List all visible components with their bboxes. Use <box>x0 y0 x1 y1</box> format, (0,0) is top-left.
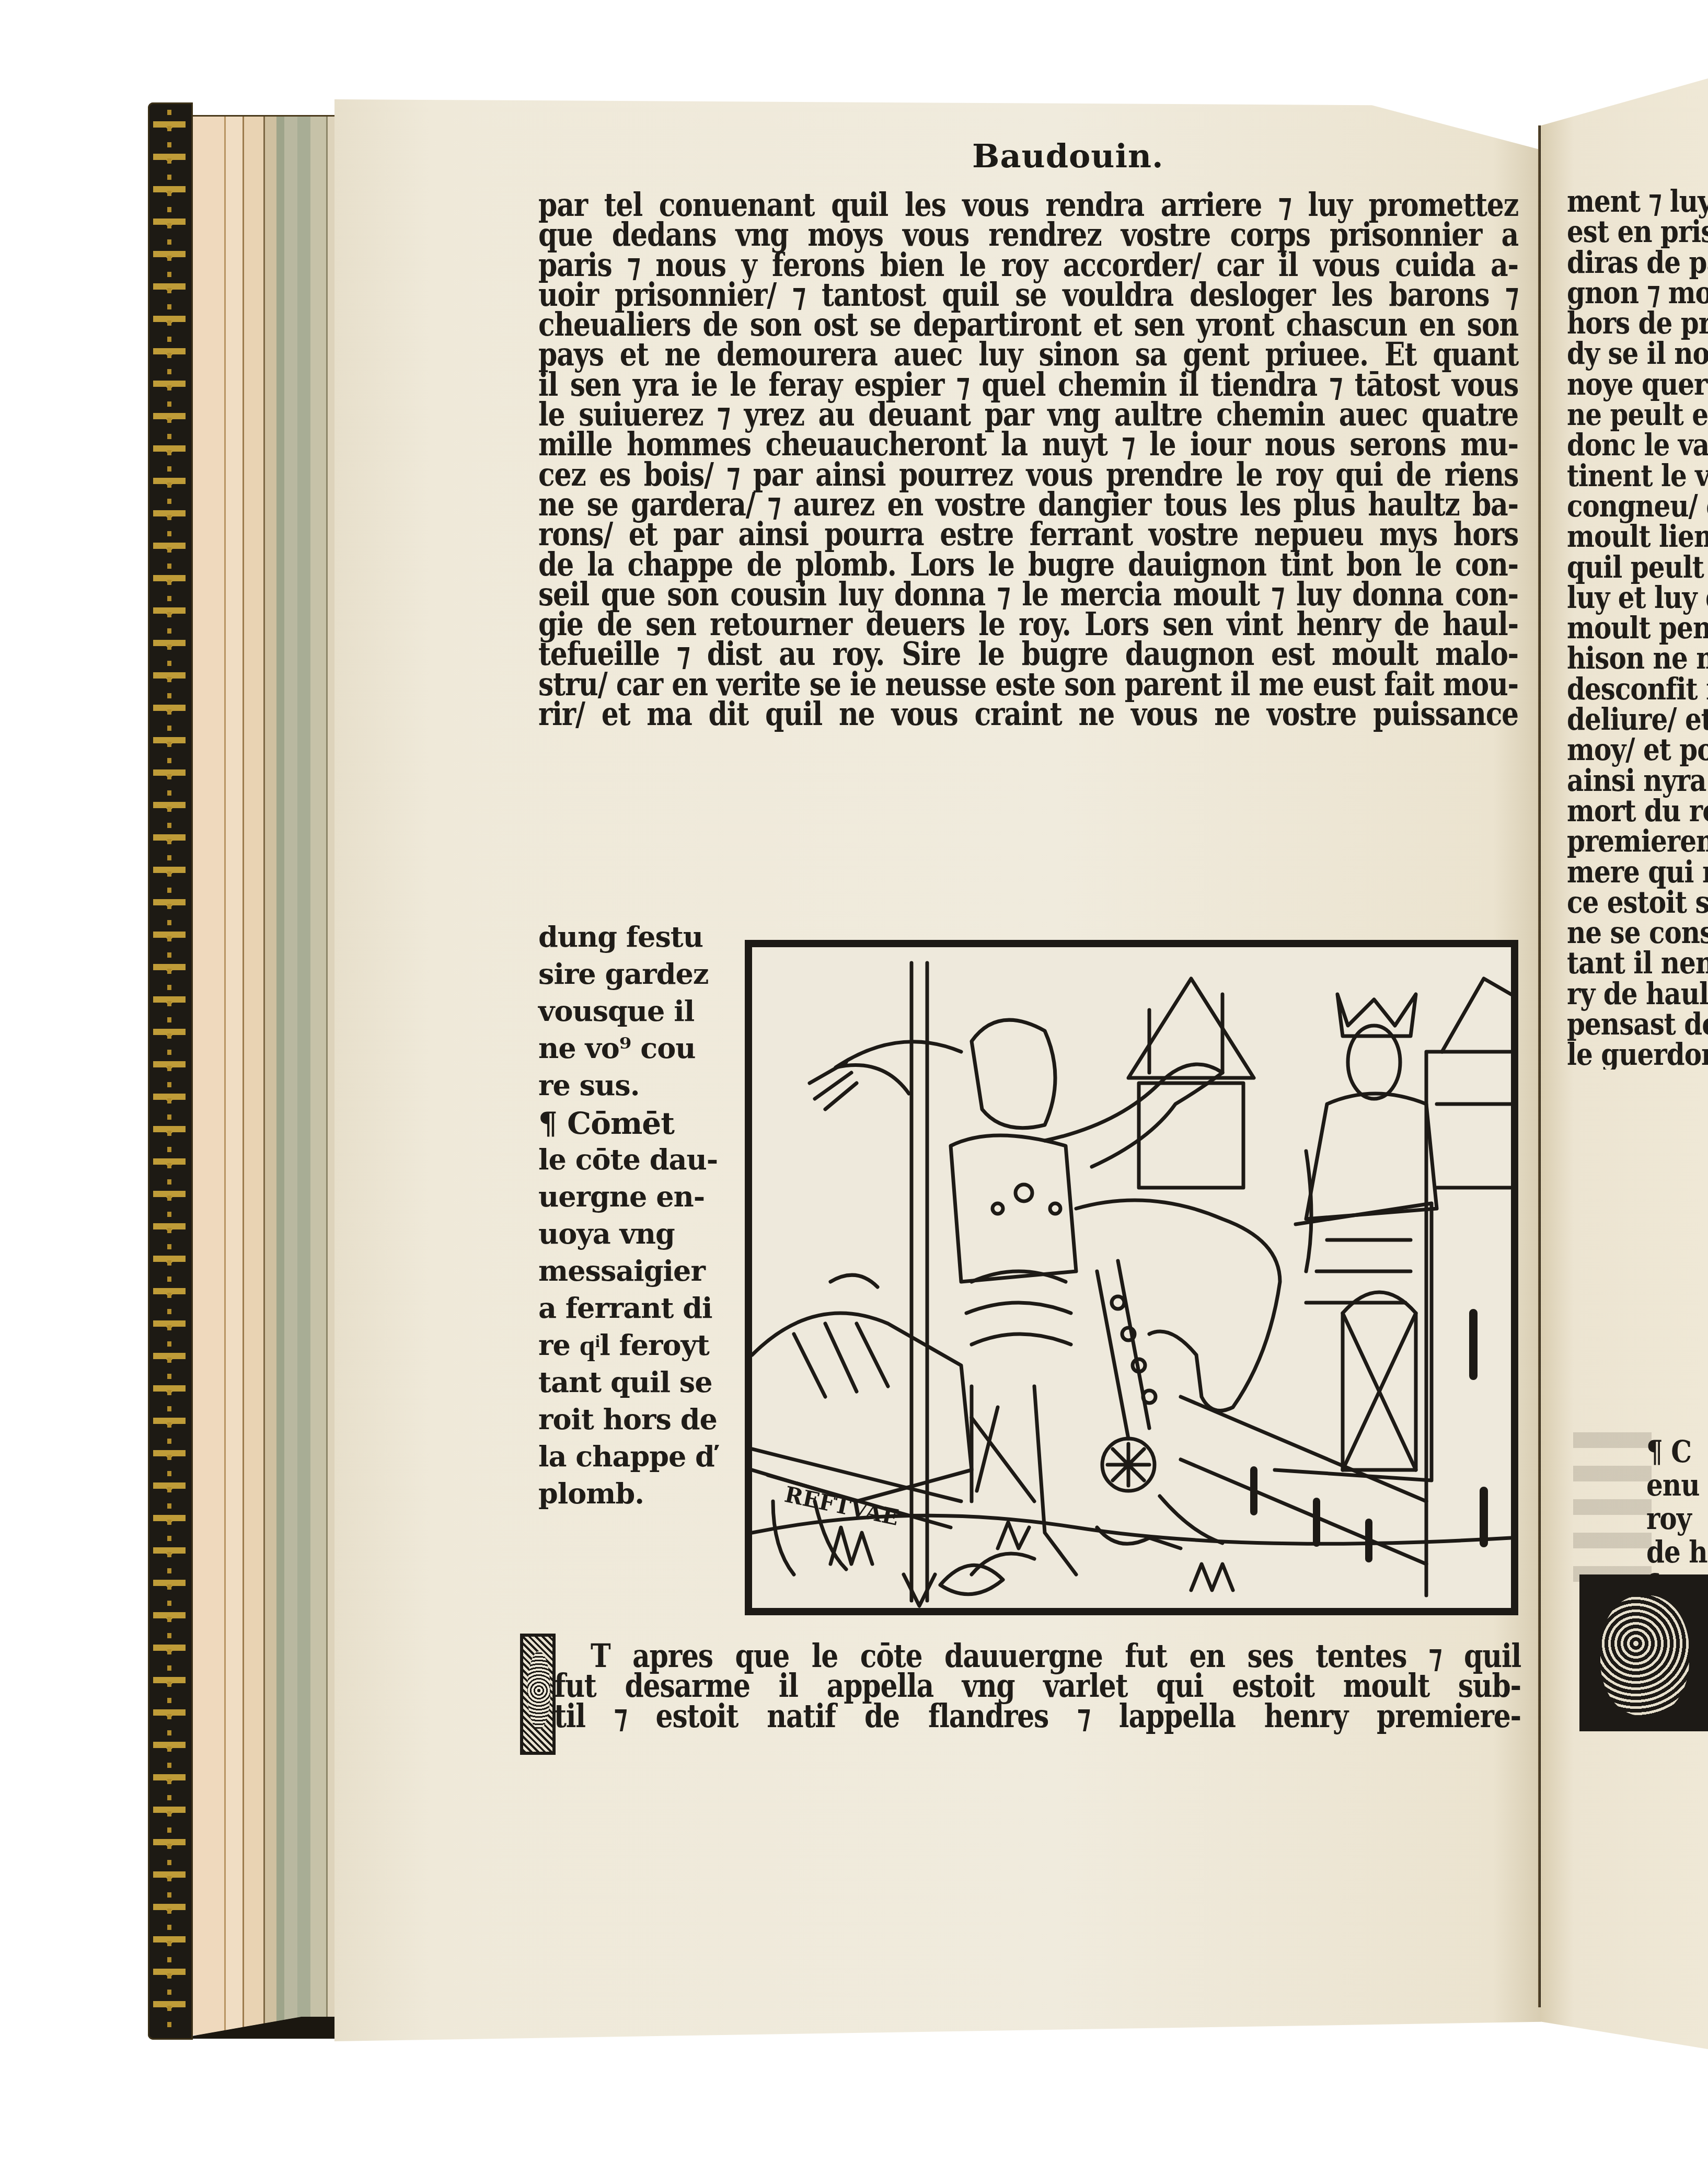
chapter-heading-line: roit hors de <box>538 1403 742 1440</box>
right-page-text: ment ⁊ luy d est en prison diras de par … <box>1567 186 1708 1070</box>
chapter-heading-line: tant quil se <box>538 1365 742 1403</box>
text-line: desconfit il <box>1567 671 1708 706</box>
book-cover-spine <box>148 102 193 2040</box>
text-line: noye querir <box>1567 366 1708 401</box>
text-line: est en prison <box>1567 214 1708 249</box>
side-line: ne vo⁹ cou <box>538 1031 742 1068</box>
text-line: quil peult p <box>1567 549 1708 584</box>
text-line: luy et luy di <box>1567 579 1708 614</box>
chapter-heading-line: roy <box>1646 1499 1708 1538</box>
text-line: diras de par <box>1567 244 1708 279</box>
running-head: Baudouin. <box>972 137 1108 175</box>
chapter-heading-line: a ferrant di <box>538 1291 742 1328</box>
text-line: le guerdons <box>1567 1037 1708 1070</box>
text-line: tant il nen <box>1567 945 1708 980</box>
chapter-heading-line: enu <box>1646 1466 1708 1504</box>
gilt-fleuron-ornament-icon <box>153 110 186 2032</box>
woodcut-initial-ornament-icon <box>1579 1574 1708 1731</box>
text-line: ainsi nyra p <box>1567 762 1708 797</box>
show-through-text <box>1573 1432 1652 1589</box>
chapter-heading-line: re qͥl feroyt <box>538 1328 742 1365</box>
chapter-heading-line: la chappe ď <box>538 1440 742 1477</box>
chapter-heading-line: plomb. <box>538 1477 742 1514</box>
text-line: ry de haulte <box>1567 975 1708 1010</box>
main-text-block: par tel conuenant quil les vous rendra a… <box>538 189 1518 728</box>
text-line: premiereme <box>1567 823 1708 858</box>
knight-and-king-woodcut-icon: REFTVAE <box>752 947 1511 1608</box>
chapter-heading-line: uoya vng <box>538 1217 742 1254</box>
text-line: pensast de s <box>1567 1006 1708 1041</box>
side-line: sire gardez <box>538 957 742 994</box>
text-line: tinent le va <box>1567 457 1708 492</box>
text-line: dy se il nous <box>1567 336 1708 371</box>
text-line: til ⁊ estoit natif de flandres ⁊ lappell… <box>554 1697 1521 1733</box>
text-line: rir/ et ma dit quil ne vous craint ne vo… <box>538 696 1518 731</box>
historiated-initial-icon <box>520 1634 556 1755</box>
side-line: vousque il <box>538 994 742 1031</box>
chapter-heading-line: uergne en- <box>538 1180 742 1217</box>
text-line: donc le varl <box>1567 427 1708 462</box>
chapter-heading-line: de h <box>1646 1533 1708 1571</box>
text-line: hison ne me <box>1567 640 1708 675</box>
text-line: congneu/ et <box>1567 488 1708 523</box>
text-line: moy/ et pou <box>1567 732 1708 767</box>
chapter-heading-line: messaigier <box>538 1254 742 1291</box>
bottom-paragraph: T apres que le cōte dauuergne fut en ses… <box>591 1640 1521 1730</box>
side-line: dung festu <box>538 920 742 957</box>
cover-corner <box>193 2017 337 2039</box>
chapter-heading-line: ¶ Cōmēt <box>538 1106 742 1143</box>
book-gutter <box>1538 125 1541 2007</box>
woodcut-illustration: REFTVAE <box>745 940 1518 1615</box>
page-edges-stack <box>193 115 337 2035</box>
text-line: ce estoit son <box>1567 884 1708 919</box>
text-line: mort du roy <box>1567 793 1708 828</box>
text-line: mere qui na <box>1567 854 1708 889</box>
text-line: gnon ⁊ moy <box>1567 275 1708 310</box>
side-column-text: dung festu sire gardez vousque il ne vo⁹… <box>538 920 742 1514</box>
chapter-heading-line: le cōte dau- <box>538 1143 742 1180</box>
side-line: re sus. <box>538 1068 742 1106</box>
text-line: moult lieme <box>1567 519 1708 554</box>
